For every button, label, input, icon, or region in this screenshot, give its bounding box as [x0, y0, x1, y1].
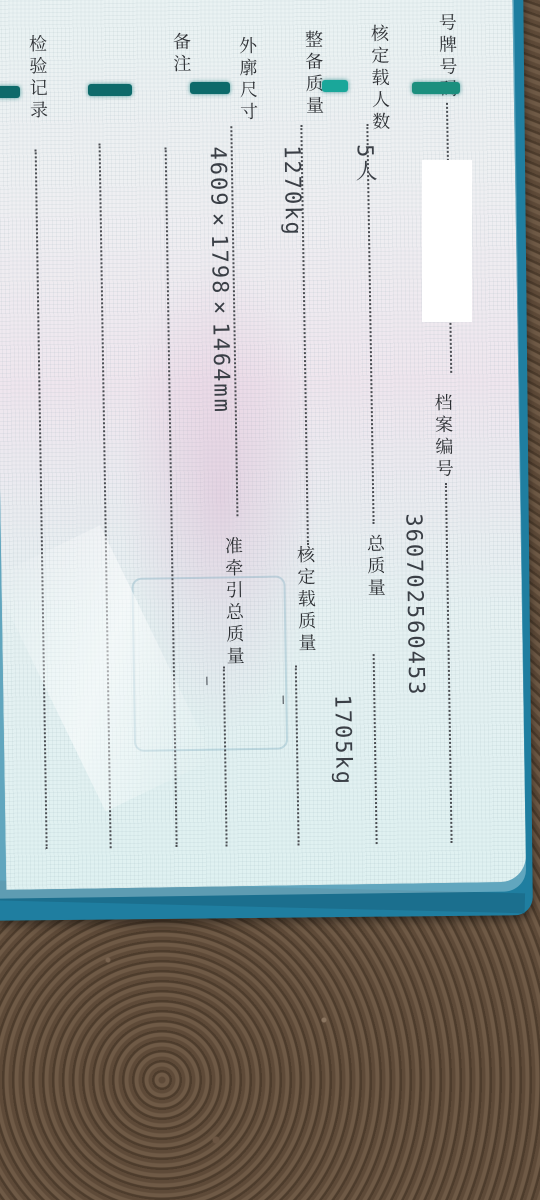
- index-tab: [88, 84, 132, 96]
- field-value-total-mass: 1705kg: [329, 694, 355, 786]
- redacted-plate-number: [422, 160, 472, 322]
- index-tab: [412, 82, 460, 94]
- field-value-seats: 5人: [349, 144, 381, 184]
- registration-card: 号牌号码 档案编号 360702560453 核定载人数 5人 总质量 1705…: [0, 0, 526, 890]
- field-label: 档案编号: [432, 393, 454, 481]
- field-seats: 核定载人数: [365, 24, 393, 134]
- field-curb-mass: 整备质量: [299, 30, 326, 118]
- index-tab: [322, 80, 348, 92]
- field-value-rated-load: —: [275, 695, 291, 706]
- field-label: 核定载质量: [294, 545, 317, 655]
- field-archive-number: 档案编号: [429, 393, 456, 481]
- field-rated-load: 核定载质量: [291, 545, 319, 655]
- field-underline: [366, 124, 374, 524]
- index-tab: [0, 86, 20, 98]
- field-value-archive-number: 360702560453: [400, 513, 428, 696]
- field-underline: [445, 483, 453, 843]
- field-label: 备注: [170, 32, 192, 76]
- field-value-towing-mass: —: [199, 677, 215, 688]
- field-dimensions: 外廓尺寸: [233, 36, 260, 124]
- field-remarks: 备注: [167, 32, 194, 76]
- field-label: 总质量: [364, 534, 386, 600]
- field-value-dimensions: 4609×1798×1464mm: [205, 146, 234, 414]
- field-underline: [295, 665, 300, 845]
- index-tab: [190, 82, 230, 94]
- field-label: 整备质量: [302, 30, 324, 118]
- field-total-mass: 总质量: [361, 534, 388, 600]
- field-inspection-record: 检验记录: [23, 34, 50, 122]
- field-label: 核定载人数: [368, 24, 391, 134]
- field-label: 准牵引总质量: [222, 536, 245, 668]
- field-underline: [373, 654, 378, 844]
- field-label: 检验记录: [26, 34, 48, 122]
- field-label: 外廓尺寸: [236, 36, 258, 124]
- field-underline: [35, 149, 48, 849]
- field-towing-mass: 准牵引总质量: [219, 536, 247, 668]
